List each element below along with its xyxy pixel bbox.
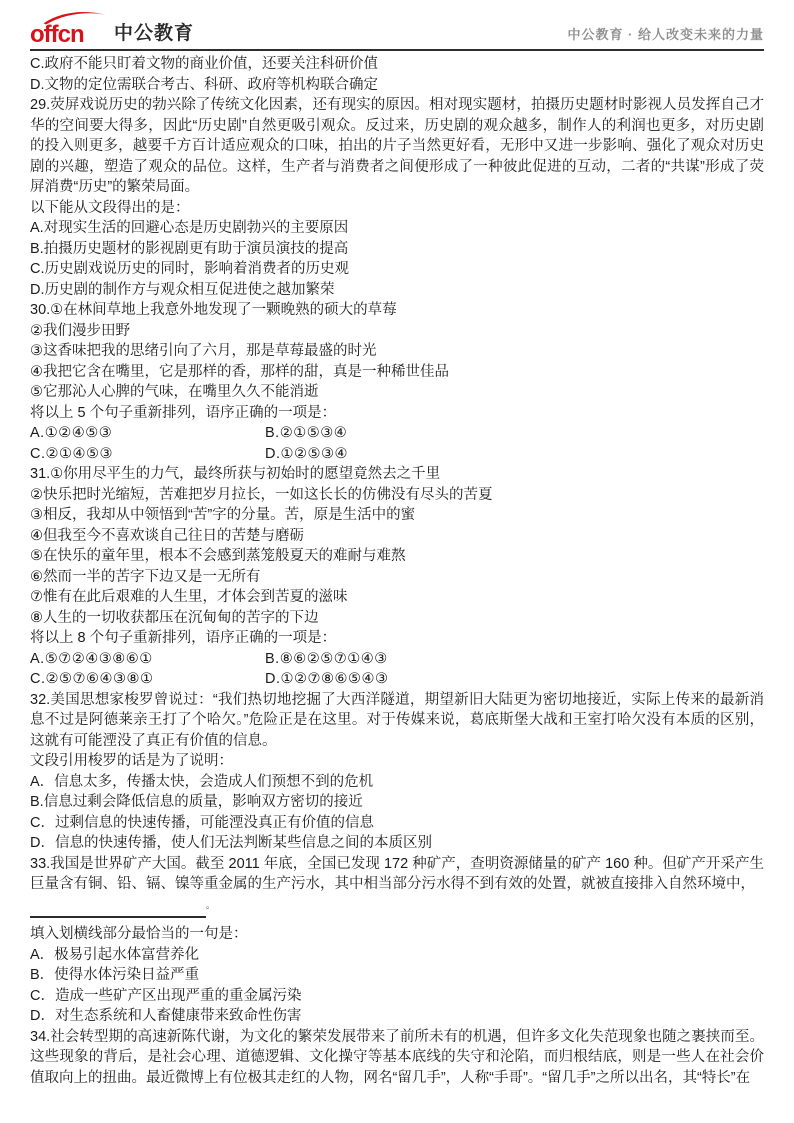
text-line: 填入划横线部分最恰当的一句是： <box>30 924 764 945</box>
option-cell: B.⑧⑥②⑤⑦①④③ <box>265 649 389 670</box>
header-tagline: 中公教育 · 给人改变未来的力量 <box>567 24 764 46</box>
text-line: A.对现实生活的回避心态是历史剧勃兴的主要原因 <box>30 218 764 239</box>
offcn-logo: offcn 中公教育 <box>30 10 194 46</box>
option-cell: A.①②④⑤③ <box>30 423 265 444</box>
text-line: ③这香味把我的思绪引向了六月，那是草莓最盛的时光 <box>30 341 764 362</box>
text-line: C．造成一些矿产区出现严重的重金属污染 <box>30 986 764 1007</box>
text-line: ⑧人生的一切收获都压在沉甸甸的苦字的下边 <box>30 608 764 629</box>
text-line: C.政府不能只盯着文物的商业价值，还要关注科研价值 <box>30 54 764 75</box>
text-line: C．过剩信息的快速传播，可能湮没真正有价值的信息 <box>30 813 764 834</box>
text-line: D．信息的快速传播，使人们无法判断某些信息之间的本质区别 <box>30 833 764 854</box>
option-cell: D.①②⑦⑧⑥⑤④③ <box>265 669 389 690</box>
svg-text:offcn: offcn <box>30 21 84 46</box>
paragraph: 34.社会转型期的高速新陈代谢，为文化的繁荣发展带来了前所未有的机遇，但许多文化… <box>30 1027 764 1089</box>
blank-period: 。 <box>206 900 215 910</box>
text-line: ②我们漫步田野 <box>30 321 764 342</box>
text-line: ②快乐把时光缩短，苦难把岁月拉长，一如这长长的仿佛没有尽头的苦夏 <box>30 485 764 506</box>
text-line: ③相反，我却从中领悟到“苦”字的分量。苦，原是生活中的蜜 <box>30 505 764 526</box>
text-line: ⑤在快乐的童年里，根本不会感到蒸笼般夏天的难耐与难熬 <box>30 546 764 567</box>
text-line: ⑥然而一半的苦字下边又是一无所有 <box>30 567 764 588</box>
text-line: ④但我至今不喜欢谈自己往日的苦楚与磨砺 <box>30 526 764 547</box>
document-page: offcn 中公教育 中公教育 · 给人改变未来的力量 C.政府不能只盯着文物的… <box>30 0 764 1088</box>
text-line: A．信息太多，传播太快，会造成人们预想不到的危机 <box>30 772 764 793</box>
option-cell: A.⑤⑦②④③⑧⑥① <box>30 649 265 670</box>
text-line: ⑦惟有在此后艰难的人生里，才体会到苦夏的滋味 <box>30 587 764 608</box>
options-grid: A.⑤⑦②④③⑧⑥①B.⑧⑥②⑤⑦①④③C.②⑤⑦⑥④③⑧①D.①②⑦⑧⑥⑤④③ <box>30 649 764 690</box>
text-line: 以下能从文段得出的是： <box>30 198 764 219</box>
text-line: ④我把它含在嘴里，它是那样的香，那样的甜，真是一种稀世佳品 <box>30 362 764 383</box>
page-header: offcn 中公教育 中公教育 · 给人改变未来的力量 <box>30 8 764 51</box>
blank-underline <box>30 903 206 918</box>
option-cell: B.②①⑤③④ <box>265 423 348 444</box>
text-line: 文段引用梭罗的话是为了说明： <box>30 751 764 772</box>
document-body: C.政府不能只盯着文物的商业价值，还要关注科研价值D.文物的定位需联合考古、科研… <box>30 51 764 1088</box>
text-line: C.历史剧戏说历史的同时，影响着消费者的历史观 <box>30 259 764 280</box>
blank-line: 。 <box>30 895 764 925</box>
option-cell: D.①②⑤③④ <box>265 444 348 465</box>
option-cell: C.②⑤⑦⑥④③⑧① <box>30 669 265 690</box>
text-line: A．极易引起水体富营养化 <box>30 945 764 966</box>
text-line: B．使得水体污染日益严重 <box>30 965 764 986</box>
text-line: 30.①在林间草地上我意外地发现了一颗晚熟的硕大的草莓 <box>30 300 764 321</box>
text-line: B.拍摄历史题材的影视剧更有助于演员演技的提高 <box>30 239 764 260</box>
text-line: ⑤它那沁人心脾的气味，在嘴里久久不能消逝 <box>30 382 764 403</box>
offcn-logo-icon: offcn <box>30 10 108 46</box>
text-line: D.历史剧的制作方与观众相互促进使之越加繁荣 <box>30 280 764 301</box>
text-line: 将以上 5 个句子重新排列，语序正确的一项是： <box>30 403 764 424</box>
text-line: B.信息过剩会降低信息的质量，影响双方密切的接近 <box>30 792 764 813</box>
text-line: 将以上 8 个句子重新排列，语序正确的一项是： <box>30 628 764 649</box>
option-cell: C.②①④⑤③ <box>30 444 265 465</box>
text-line: D.文物的定位需联合考古、科研、政府等机构联合确定 <box>30 75 764 96</box>
brand-name-cn: 中公教育 <box>114 24 194 46</box>
paragraph: 32.美国思想家梭罗曾说过：“我们热切地挖掘了大西洋隧道，期望新旧大陆更为密切地… <box>30 690 764 752</box>
paragraph: 33.我国是世界矿产大国。截至 2011 年底，全国已发现 172 种矿产，查明… <box>30 854 764 895</box>
paragraph: 29.荧屏戏说历史的勃兴除了传统文化因素，还有现实的原因。相对现实题材，拍摄历史… <box>30 95 764 198</box>
text-line: 31.①你用尽平生的力气，最终所获与初始时的愿望竟然去之千里 <box>30 464 764 485</box>
text-line: D．对生态系统和人畜健康带来致命性伤害 <box>30 1006 764 1027</box>
options-grid: A.①②④⑤③B.②①⑤③④C.②①④⑤③D.①②⑤③④ <box>30 423 764 464</box>
